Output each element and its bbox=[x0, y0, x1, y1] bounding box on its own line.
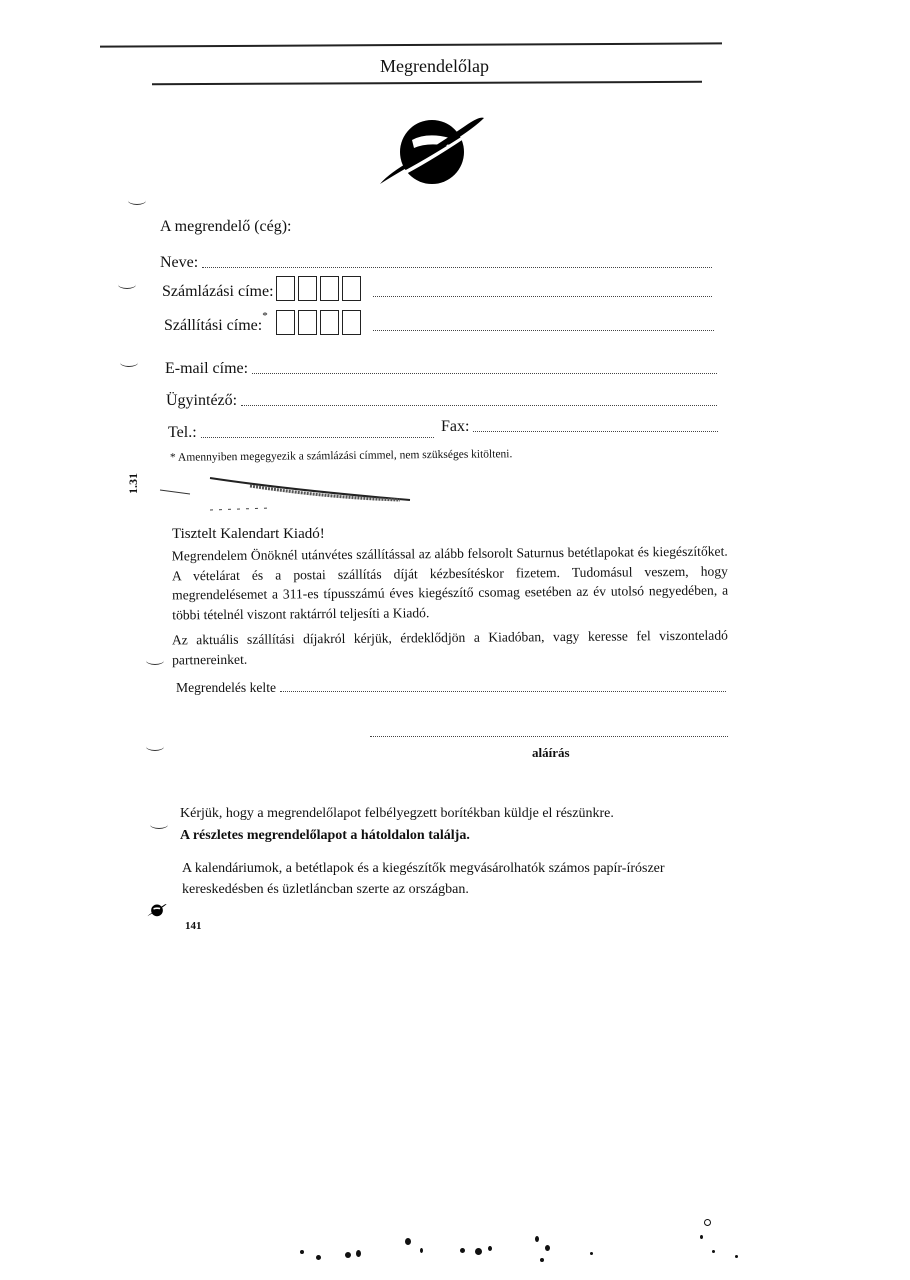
fax-label: Fax: bbox=[441, 418, 469, 436]
order-date-field[interactable]: Megrendelés kelte bbox=[176, 680, 726, 696]
phone-field[interactable]: Tel.: bbox=[168, 424, 434, 442]
header-top-rule bbox=[100, 42, 722, 47]
billing-address-label: Számlázási címe: bbox=[162, 283, 274, 301]
margin-stamp: 1.31 bbox=[126, 473, 141, 494]
postal-digit-box[interactable] bbox=[298, 276, 317, 301]
email-input-line[interactable] bbox=[252, 372, 717, 374]
page-number: 141 bbox=[185, 920, 202, 932]
signature-line[interactable] bbox=[370, 736, 728, 737]
billing-address-field[interactable]: Számlázási címe: bbox=[162, 276, 712, 301]
postal-digit-box[interactable] bbox=[320, 310, 339, 335]
back-side-note: A részletes megrendelőlapot a hátoldalon… bbox=[180, 828, 470, 844]
fax-input-line[interactable] bbox=[473, 430, 718, 432]
punch-mark bbox=[146, 656, 164, 665]
contact-person-label: Ügyintéző: bbox=[166, 392, 237, 410]
punch-mark bbox=[128, 196, 146, 205]
shipping-address-field[interactable]: Szállítási címe: * bbox=[164, 310, 714, 335]
page-title: Megrendelőlap bbox=[380, 56, 489, 77]
punch-mark bbox=[150, 820, 168, 829]
contact-person-field[interactable]: Ügyintéző: bbox=[166, 392, 717, 410]
email-label: E-mail címe: bbox=[165, 360, 248, 378]
letter-body: Megrendelem Önöknél utánvétes szállításs… bbox=[172, 542, 729, 625]
postal-digit-box[interactable] bbox=[320, 276, 339, 301]
shipping-address-input-line[interactable] bbox=[373, 329, 714, 331]
phone-input-line[interactable] bbox=[201, 436, 434, 438]
billing-postal-code-boxes[interactable] bbox=[276, 276, 361, 301]
letter-salutation: Tisztelt Kalendart Kiadó! bbox=[172, 526, 325, 543]
punch-mark bbox=[146, 742, 164, 751]
scan-smudge-stroke bbox=[150, 470, 430, 520]
email-field[interactable]: E-mail címe: bbox=[165, 360, 717, 378]
saturn-logo-icon bbox=[372, 110, 492, 190]
shipping-footnote: * Amennyiben megegyezik a számlázási cím… bbox=[170, 448, 512, 464]
shipping-fee-note: Az aktuális szállítási díjakról kérjük, … bbox=[172, 626, 728, 670]
send-instruction: Kérjük, hogy a megrendelőlapot felbélyeg… bbox=[180, 806, 614, 822]
shipping-postal-code-boxes[interactable] bbox=[276, 310, 361, 335]
postal-digit-box[interactable] bbox=[276, 276, 295, 301]
billing-address-input-line[interactable] bbox=[373, 295, 712, 297]
punch-mark bbox=[120, 358, 138, 367]
postal-digit-box[interactable] bbox=[342, 276, 361, 301]
saturn-small-logo-icon bbox=[146, 902, 168, 918]
name-input-line[interactable] bbox=[202, 266, 712, 268]
punch-mark bbox=[118, 280, 136, 289]
fax-field[interactable]: Fax: bbox=[441, 418, 718, 436]
form-heading: A megrendelő (cég): bbox=[160, 218, 292, 236]
phone-label: Tel.: bbox=[168, 424, 197, 442]
name-label: Neve: bbox=[160, 254, 198, 272]
signature-label: aláírás bbox=[532, 745, 570, 761]
order-date-input-line[interactable] bbox=[280, 690, 726, 692]
postal-digit-box[interactable] bbox=[298, 310, 317, 335]
postal-digit-box[interactable] bbox=[276, 310, 295, 335]
shipping-asterisk: * bbox=[262, 310, 268, 322]
order-date-label: Megrendelés kelte bbox=[176, 680, 276, 696]
header-bottom-rule bbox=[152, 81, 702, 85]
availability-note: A kalendáriumok, a betétlapok és a kiegé… bbox=[182, 858, 734, 900]
name-field[interactable]: Neve: bbox=[160, 254, 712, 272]
postal-digit-box[interactable] bbox=[342, 310, 361, 335]
shipping-address-label: Szállítási címe: bbox=[164, 317, 262, 335]
contact-person-input-line[interactable] bbox=[241, 404, 717, 406]
